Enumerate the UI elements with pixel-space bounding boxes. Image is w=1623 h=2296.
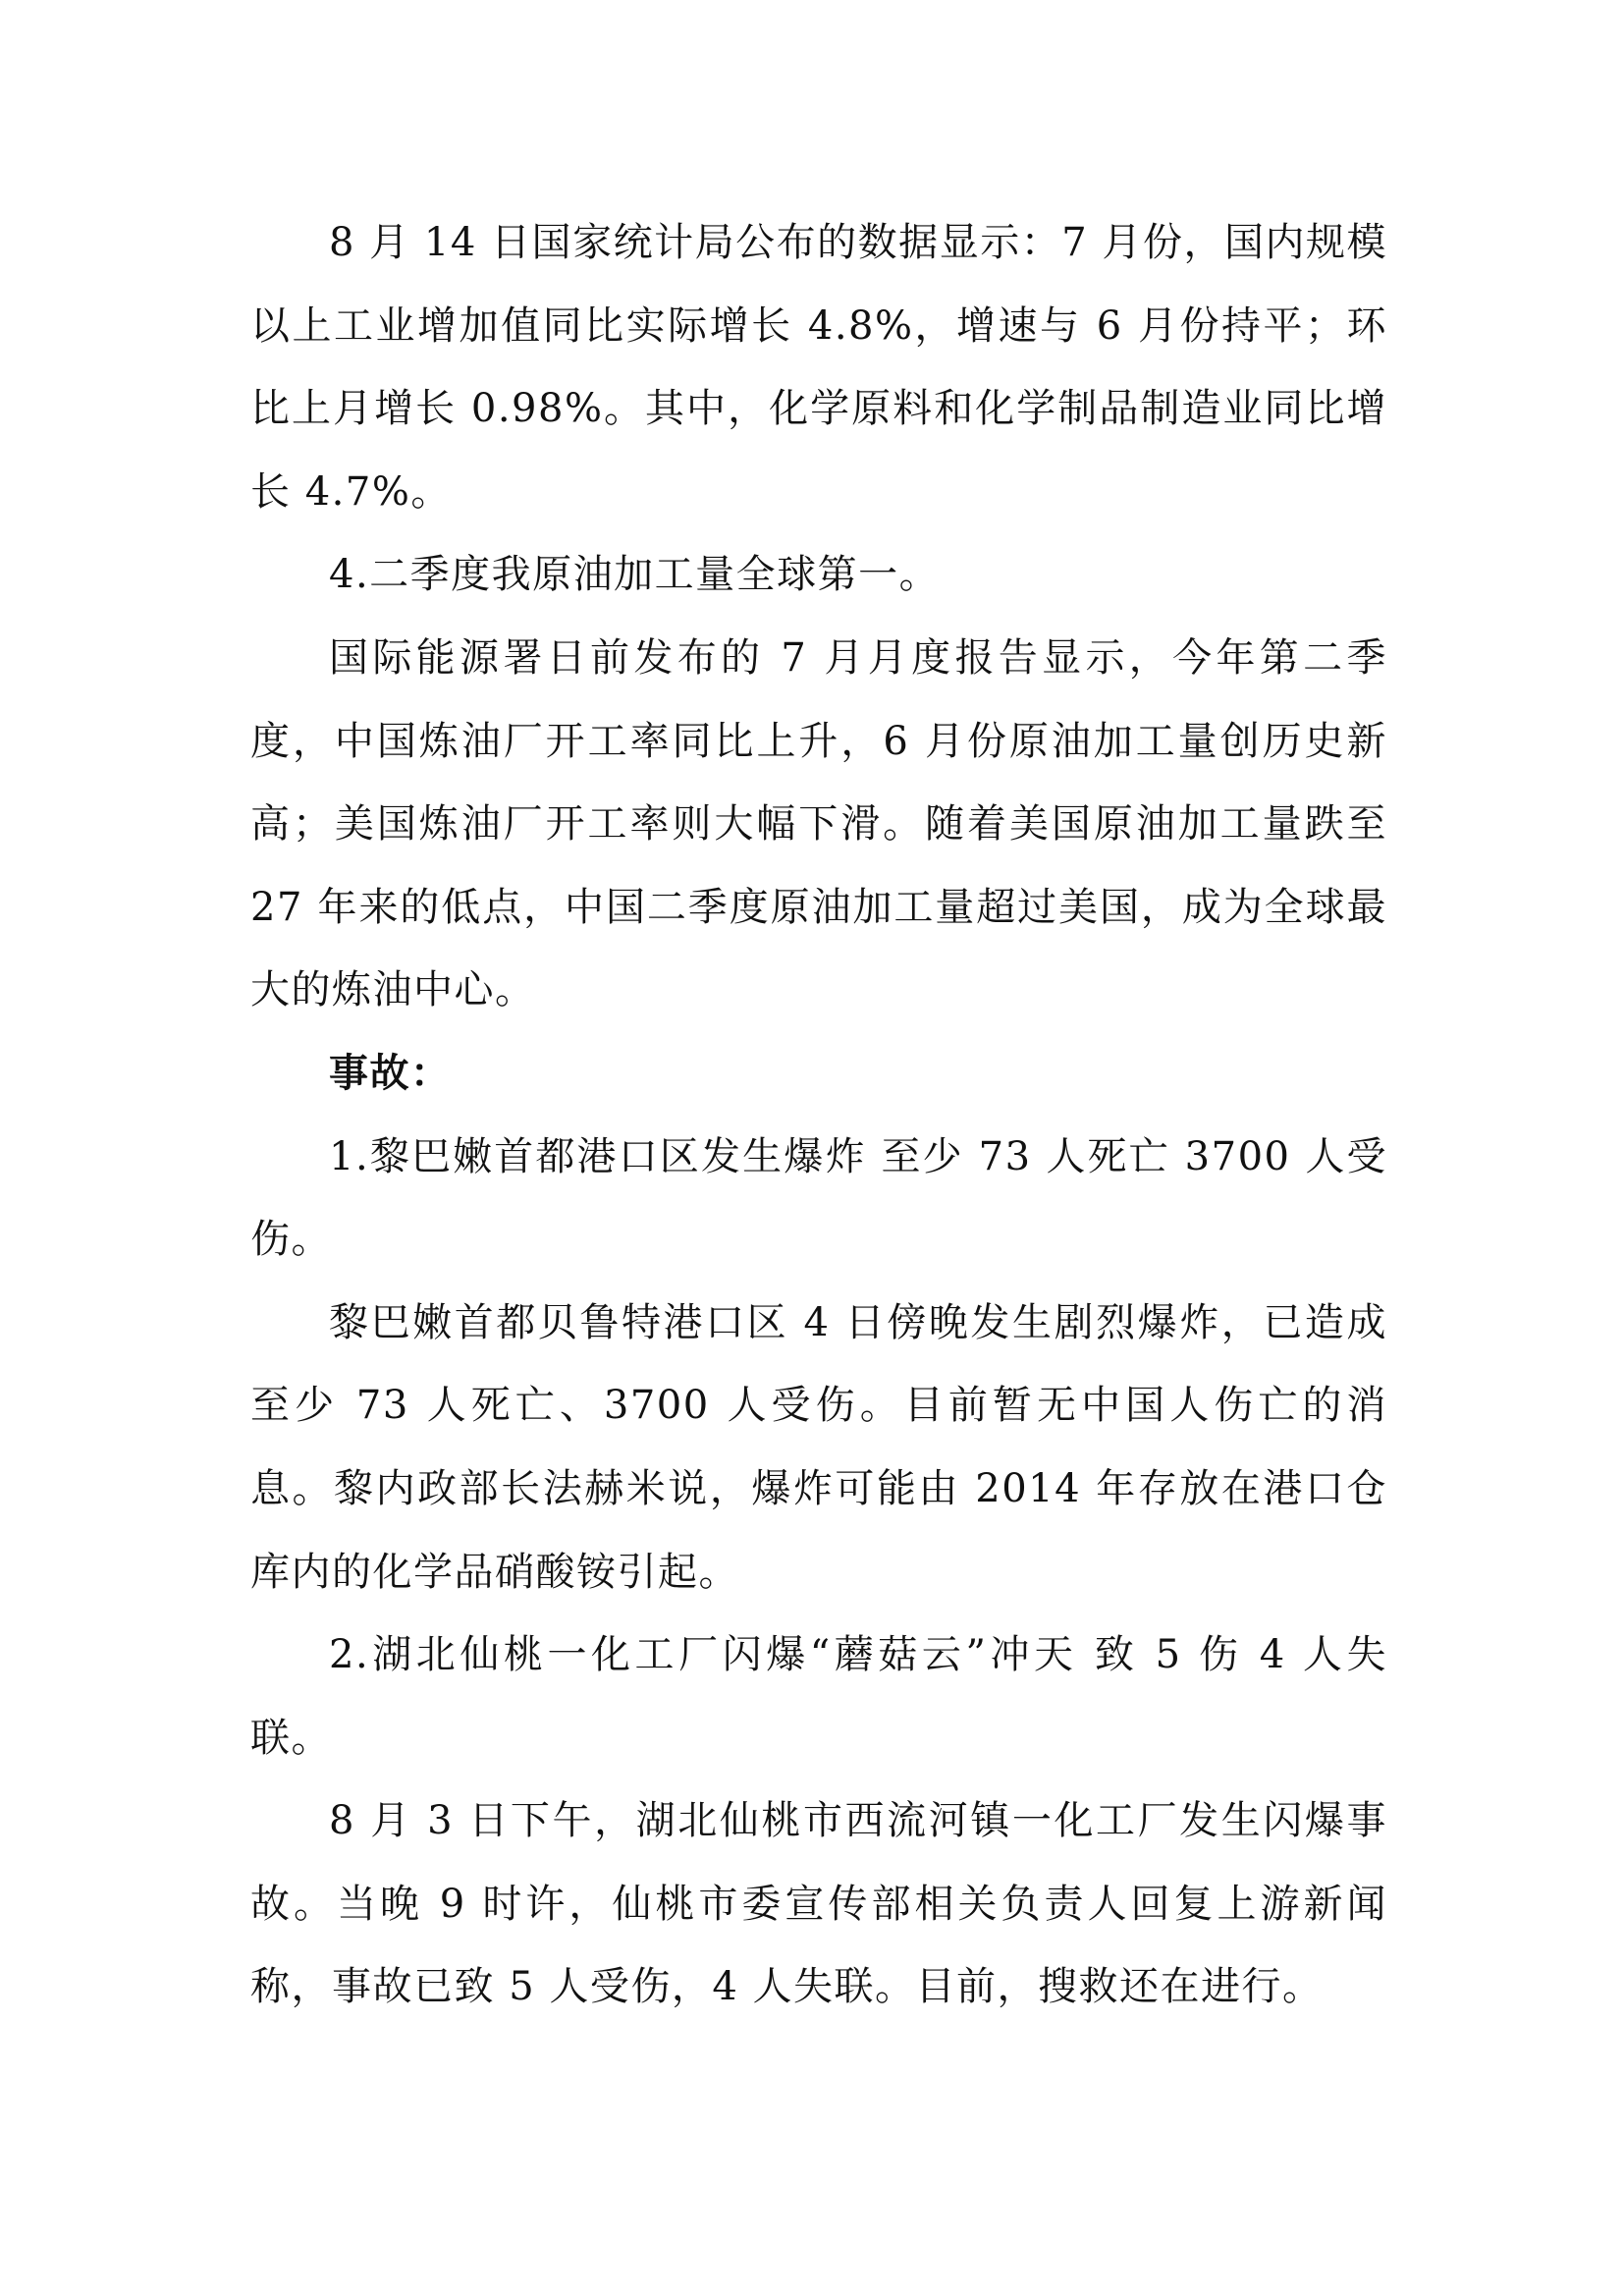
section-heading-accidents: 事故： [250, 1032, 1387, 1116]
paragraph-beirut-explosion: 黎巴嫩首都贝鲁特港口区 4 日傍晚发生剧烈爆炸，已造成至少 73 人死亡、370… [250, 1282, 1387, 1613]
document-page: 8 月 14 日国家统计局公布的数据显示：7 月份，国内规模以上工业增加值同比实… [250, 201, 1387, 2029]
paragraph-iea-report: 国际能源署日前发布的 7 月月度报告显示，今年第二季度，中国炼油厂开工率同比上升… [250, 617, 1387, 1032]
paragraph-xiantao-explosion: 8 月 3 日下午，湖北仙桃市西流河镇一化工厂发生闪爆事故。当晚 9 时许，仙桃… [250, 1779, 1387, 2029]
item-title-xiantao-explosion: 2.湖北仙桃一化工厂闪爆“蘑菇云”冲天 致 5 伤 4 人失联。 [250, 1613, 1387, 1779]
paragraph-industrial-output: 8 月 14 日国家统计局公布的数据显示：7 月份，国内规模以上工业增加值同比实… [250, 201, 1387, 533]
item-title-beirut-explosion: 1.黎巴嫩首都港口区发生爆炸 至少 73 人死亡 3700 人受伤。 [250, 1116, 1387, 1282]
item-title-crude-processing: 4.二季度我原油加工量全球第一。 [250, 533, 1387, 617]
